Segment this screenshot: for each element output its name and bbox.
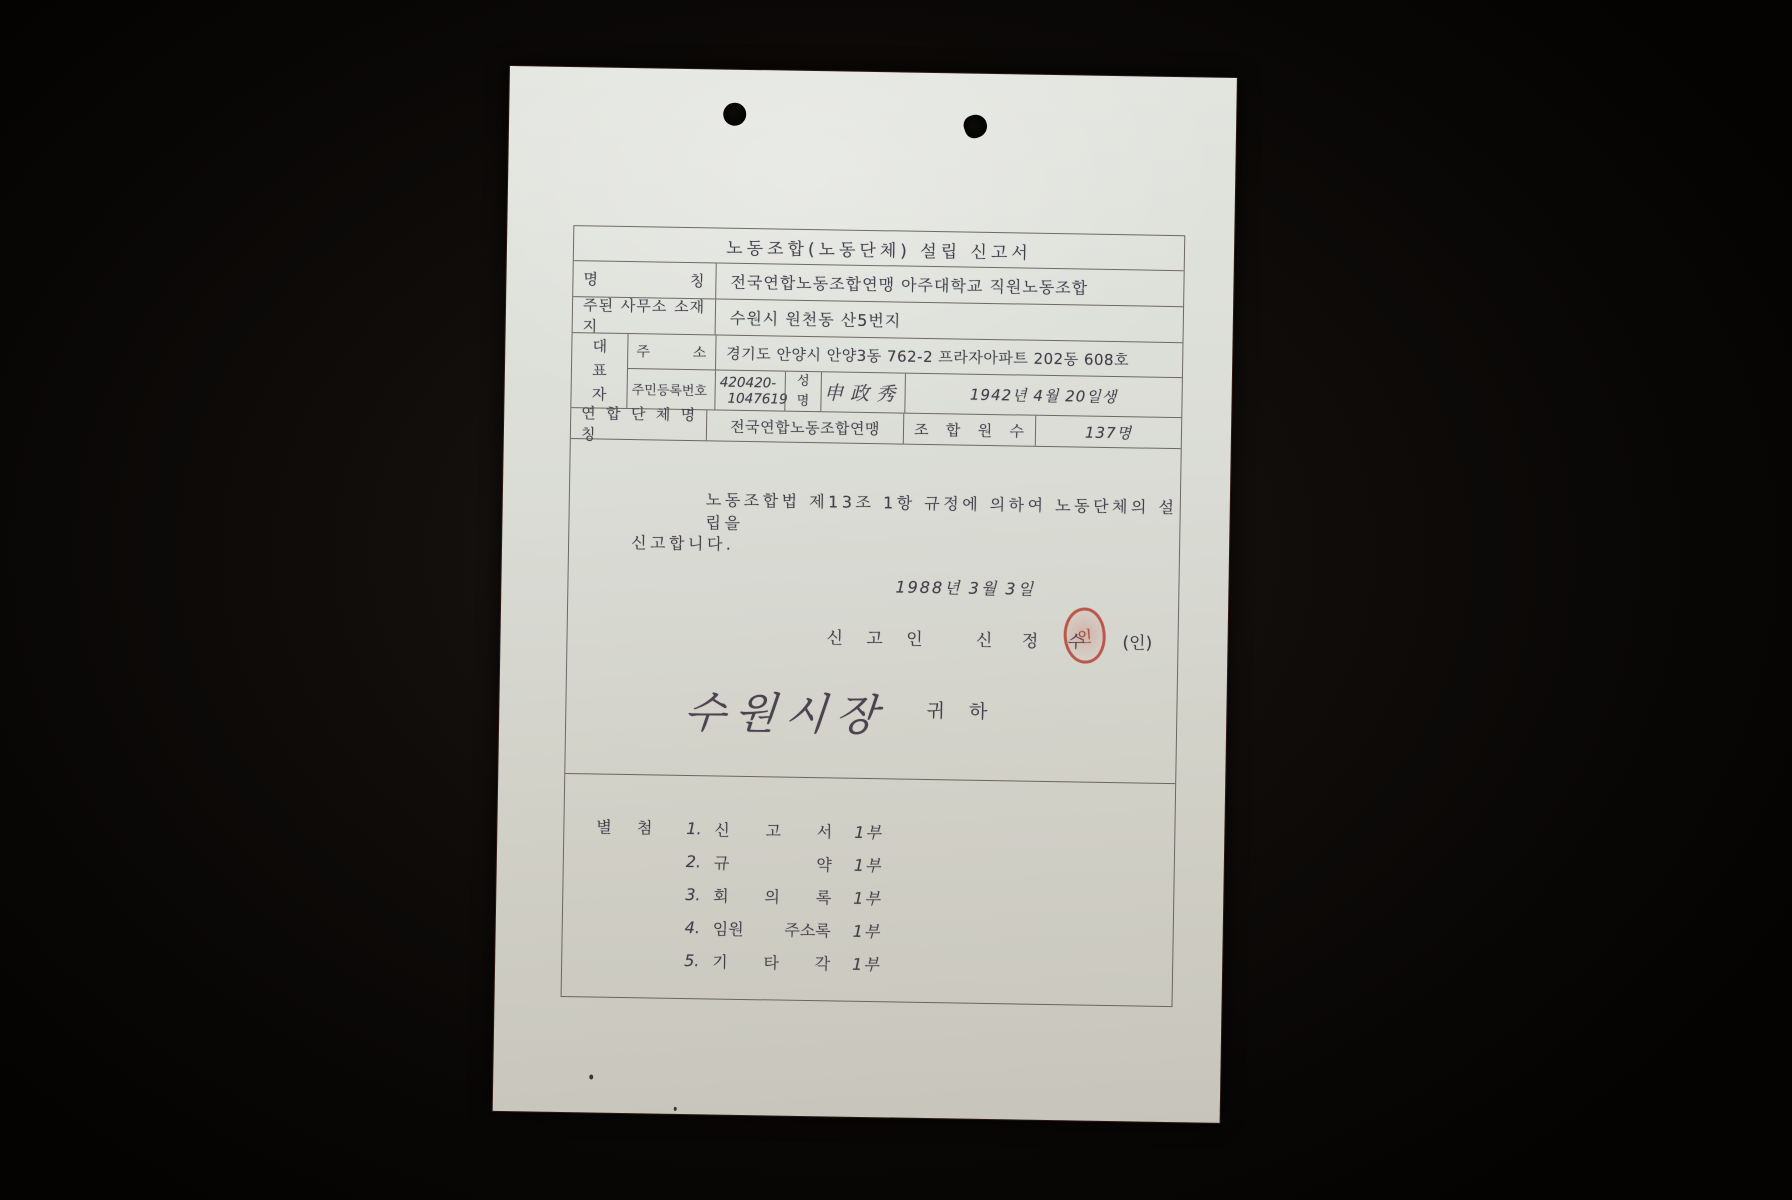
attachment-name: 임원 주소록 — [713, 916, 831, 941]
form-title: 노동조합(노동단체) 설립 신고서 — [726, 233, 1032, 263]
attachment-item: 5. 기 타 각 1부 — [684, 944, 880, 980]
representative-group-label: 대표자 — [590, 334, 608, 407]
representative-detail: 주 소 경기도 안양시 안양3동 762-2 프라자아파트 202동 608호 … — [626, 334, 1182, 417]
name-label: 성명 — [795, 372, 811, 411]
attachment-copies: 1부 — [852, 952, 880, 975]
photo-background: 노동조합(노동단체) 설립 신고서 명 칭 전국연합노동조합연맹 아주대학교 직… — [0, 0, 1792, 1200]
members-count-value-cell: 137명 — [1035, 416, 1181, 448]
attachment-copies: 1부 — [853, 919, 881, 942]
resident-id-value-cell: 420420- 1047619 — [714, 370, 785, 410]
address-value: 경기도 안양시 안양3동 762-2 프라자아파트 202동 608호 — [726, 342, 1129, 370]
office-location-label: 주된 사무소 소재지 — [583, 294, 706, 338]
attachment-item: 3. 회 의 록 1부 — [685, 878, 881, 914]
members-count-label: 조 합 원 수 — [914, 418, 1025, 441]
attachment-name: 회 의 록 — [713, 883, 831, 908]
attachment-copies: 1부 — [853, 886, 881, 909]
punch-hole-left — [723, 103, 746, 126]
document-paper: 노동조합(노동단체) 설립 신고서 명 칭 전국연합노동조합연맹 아주대학교 직… — [493, 66, 1237, 1123]
union-name-label: 명 칭 — [583, 268, 705, 291]
attachment-number: 3. — [685, 885, 713, 904]
declaration-date: 1988년 3월 3일 — [895, 574, 1035, 599]
federation-value: 전국연합노동조합연맹 — [730, 415, 880, 438]
attachment-item: 2. 규 약 1부 — [686, 845, 882, 881]
name-label-cell: 성명 — [784, 372, 821, 412]
office-location-value: 수원시 원천동 산5번지 — [730, 306, 902, 332]
attachment-name: 규 약 — [714, 850, 832, 875]
representative-name-handwritten: 申政秀 — [824, 378, 902, 406]
resident-id-label: 주민등록번호 — [632, 379, 708, 399]
attachment-number: 1. — [686, 819, 714, 838]
declaration-line2: 신고합니다. — [631, 530, 735, 555]
attachment-number: 4. — [685, 918, 713, 937]
reporter-label: 신 고 인 — [826, 628, 931, 650]
declaration-line1: 노동조합법 제13조 1항 규정에 의하여 노동단체의 설립을 — [705, 487, 1180, 541]
dust-speck — [674, 1107, 677, 1111]
seal-stamp: 인 — [1062, 606, 1108, 665]
representative-group-label-cell: 대표자 — [571, 333, 627, 408]
union-name-label-cell: 명 칭 — [573, 261, 716, 298]
attachment-copies: 1부 — [854, 853, 882, 876]
birthdate-cell: 1942년 4월 20일생 — [904, 374, 1182, 418]
seal-stamp-character: 인 — [1077, 625, 1093, 647]
address-label-cell: 주 소 — [628, 334, 716, 369]
addressee-honorific: 귀 하 — [926, 700, 996, 723]
birthdate-value: 1942년 4월 20일생 — [970, 384, 1118, 407]
union-name-value: 전국연합노동조합연맹 아주대학교 직원노동조합 — [730, 270, 1088, 299]
punch-hole-right — [961, 112, 990, 141]
attachment-item: 1. 신 고 서 1부 — [686, 812, 882, 848]
office-location-label-cell: 주된 사무소 소재지 — [573, 297, 716, 334]
representative-name-cell: 申政秀 — [820, 372, 905, 412]
address-label: 주 소 — [636, 341, 707, 362]
attachment-number: 5. — [684, 951, 712, 970]
attachments-label: 별 첨 — [596, 815, 662, 839]
seal-placeholder-text: (인) — [1122, 633, 1152, 653]
members-count-label-cell: 조 합 원 수 — [903, 414, 1035, 446]
federation-value-cell: 전국연합노동조합연맹 — [706, 410, 903, 443]
members-count-value: 137명 — [1085, 421, 1132, 443]
addressee-line: 수원시장 귀 하 — [684, 679, 997, 745]
attachment-item: 4. 임원 주소록 1부 — [684, 911, 880, 947]
resident-id-line2: 1047619 — [719, 390, 780, 407]
dust-speck — [589, 1074, 593, 1079]
attachment-number: 2. — [686, 852, 714, 871]
attachment-name: 신 고 서 — [714, 817, 832, 842]
union-report-form: 노동조합(노동단체) 설립 신고서 명 칭 전국연합노동조합연맹 아주대학교 직… — [561, 225, 1186, 1007]
resident-id-line1: 420420- — [720, 374, 781, 391]
attachments-list: 1. 신 고 서 1부 2. 규 약 1부 3. 회 의 록 1부 — [684, 812, 882, 980]
attachment-name: 기 타 각 — [712, 949, 830, 974]
attachment-copies: 1부 — [854, 820, 882, 843]
declaration-section: 노동조합법 제13조 1항 규정에 의하여 노동단체의 설립을 신고합니다. 1… — [565, 438, 1180, 783]
addressee-name-handwritten: 수원시장 — [682, 679, 889, 743]
